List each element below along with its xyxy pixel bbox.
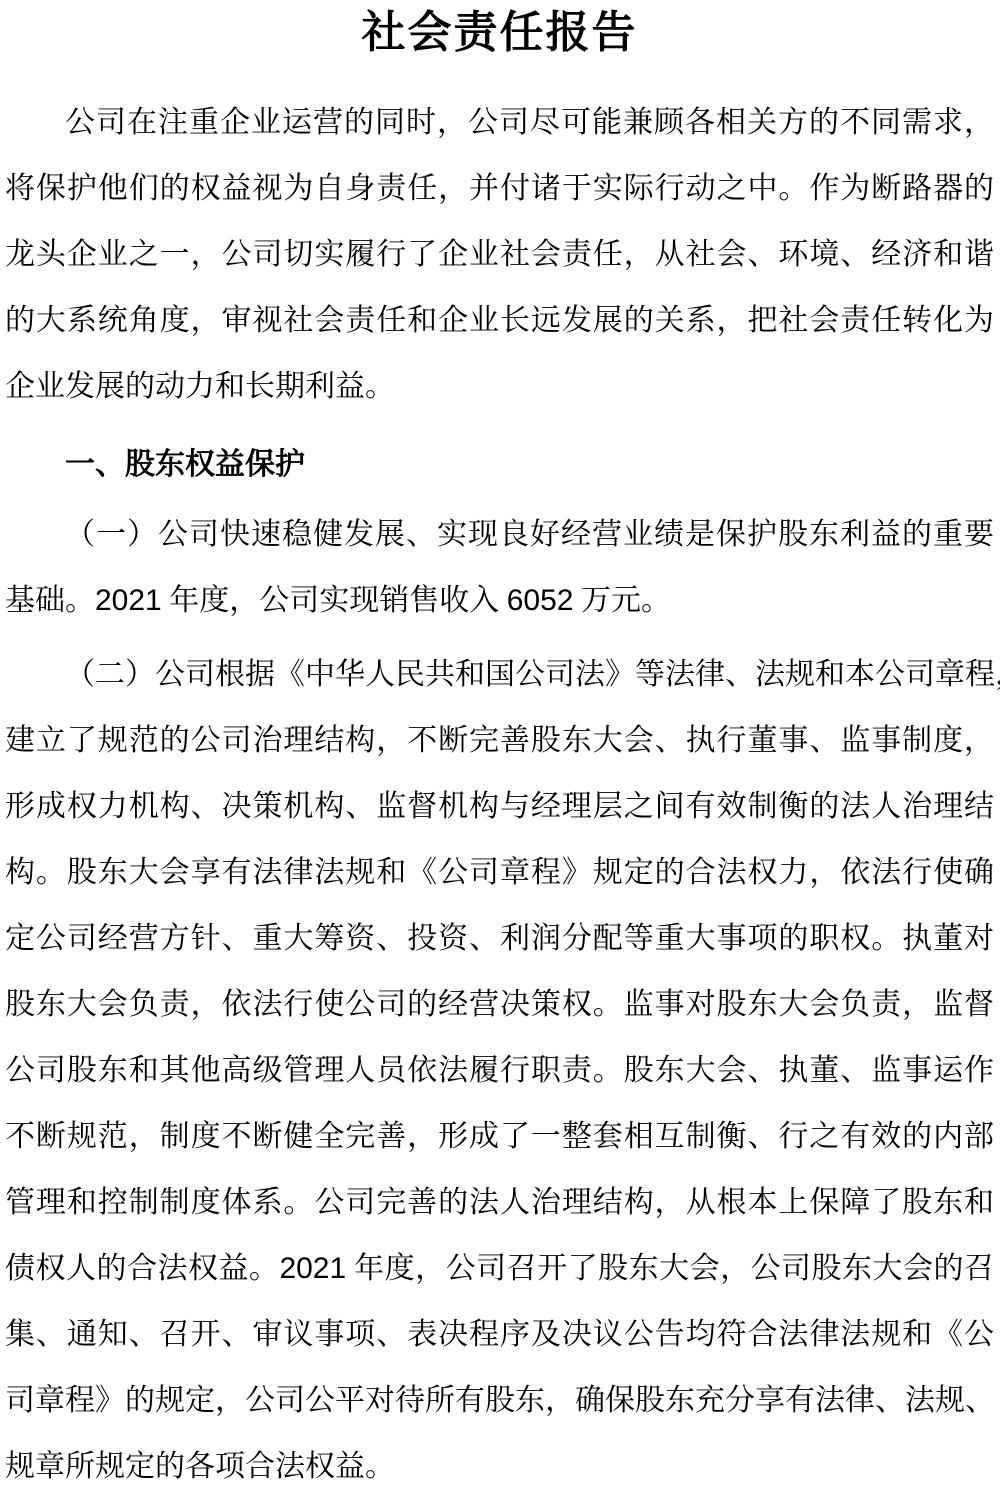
section-heading-text: 一、股东权益保护: [5, 432, 994, 498]
text-line: 公司股东和其他高级管理人员依法履行职责。股东大会、执董、监事运作: [5, 1038, 994, 1104]
paragraph: 公司在注重企业运营的同时，公司尽可能兼顾各相关方的不同需求，将保护他们的权益视为…: [5, 90, 994, 420]
text-line: 将保护他们的权益视为自身责任，并付诸于实际行动之中。作为断路器的: [5, 156, 994, 222]
text-line: 基础。2021 年度，公司实现销售收入 6052 万元。: [5, 568, 994, 634]
text-line: 定公司经营方针、重大筹资、投资、利润分配等重大事项的职权。执董对: [5, 906, 994, 972]
text-line: 公司在注重企业运营的同时，公司尽可能兼顾各相关方的不同需求，: [5, 90, 994, 156]
text-line: 的大系统角度，审视社会责任和企业长远发展的关系，把社会责任转化为: [5, 288, 994, 354]
paragraph: （一）公司快速稳健发展、实现良好经营业绩是保护股东利益的重要基础。2021 年度…: [5, 502, 994, 634]
numeric-value: 2021: [95, 584, 162, 617]
document-title: 社会责任报告: [5, 2, 994, 64]
numeric-value: 6052: [507, 584, 574, 617]
text-line: 构。股东大会享有法律法规和《公司章程》规定的合法权力，依法行使确: [5, 840, 994, 906]
text-line: 债权人的合法权益。2021 年度，公司召开了股东大会，公司股东大会的召: [5, 1236, 994, 1302]
document-body: 公司在注重企业运营的同时，公司尽可能兼顾各相关方的不同需求，将保护他们的权益视为…: [5, 90, 994, 1500]
text-line: 形成权力机构、决策机构、监督机构与经理层之间有效制衡的法人治理结: [5, 774, 994, 840]
text-line: 规章所规定的各项合法权益。: [5, 1434, 994, 1500]
paragraph: （二）公司根据《中华人民共和国公司法》等法律、法规和本公司章程，建立了规范的公司…: [5, 642, 994, 1500]
text-line: （二）公司根据《中华人民共和国公司法》等法律、法规和本公司章程，: [5, 642, 994, 708]
text-line: 不断规范，制度不断健全完善，形成了一整套相互制衡、行之有效的内部: [5, 1104, 994, 1170]
document-page: 社会责任报告 公司在注重企业运营的同时，公司尽可能兼顾各相关方的不同需求，将保护…: [0, 0, 1000, 1506]
text-line: 龙头企业之一，公司切实履行了企业社会责任，从社会、环境、经济和谐: [5, 222, 994, 288]
numeric-value: 2021: [279, 1252, 346, 1285]
text-line: 企业发展的动力和长期利益。: [5, 354, 994, 420]
text-line: 司章程》的规定，公司公平对待所有股东，确保股东充分享有法律、法规、: [5, 1368, 994, 1434]
text-line: 集、通知、召开、审议事项、表决程序及决议公告均符合法律法规和《公: [5, 1302, 994, 1368]
text-line: 管理和控制制度体系。公司完善的法人治理结构，从根本上保障了股东和: [5, 1170, 994, 1236]
text-line: 建立了规范的公司治理结构，不断完善股东大会、执行董事、监事制度，: [5, 708, 994, 774]
section-heading: 一、股东权益保护: [5, 432, 994, 498]
text-line: （一）公司快速稳健发展、实现良好经营业绩是保护股东利益的重要: [5, 502, 994, 568]
text-line: 股东大会负责，依法行使公司的经营决策权。监事对股东大会负责，监督: [5, 972, 994, 1038]
